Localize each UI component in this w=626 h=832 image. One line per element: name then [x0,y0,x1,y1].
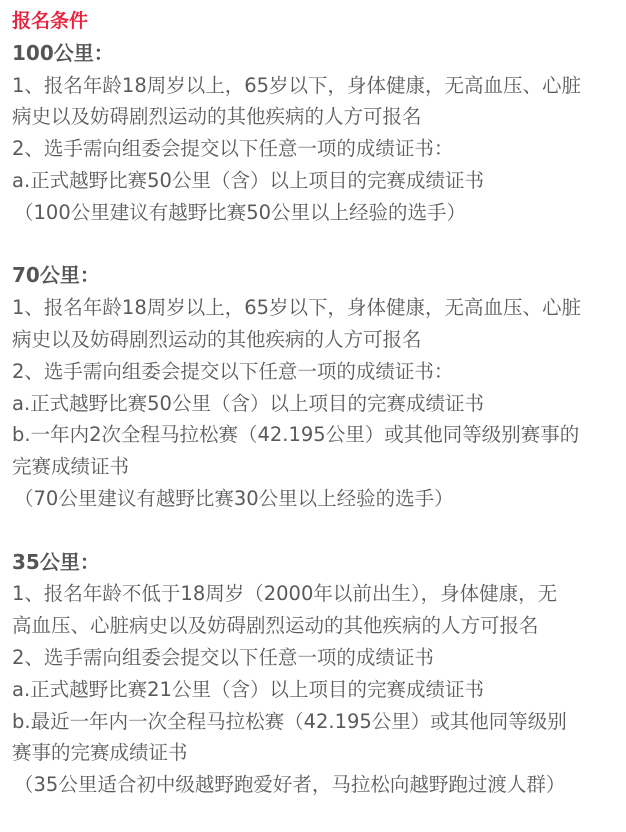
section-heading: 35公里： [12,547,624,579]
requirement-age-line: 1、报名年龄18周岁以上，65岁以下，身体健康，无高血压、心脏 [12,292,624,324]
requirement-option-b-cont: 完赛成绩证书 [12,451,624,483]
requirement-option-a: a.正式越野比赛50公里（含）以上项目的完赛成绩证书 [12,388,624,420]
section-note: （100公里建议有越野比赛50公里以上经验的选手） [12,197,624,229]
requirement-age-line: 1、报名年龄18周岁以上，65岁以下，身体健康，无高血压、心脏 [12,70,624,102]
section-heading: 100公里： [12,38,624,70]
requirement-option-b: b.一年内2次全程马拉松赛（42.195公里）或其他同等级别赛事的 [12,419,624,451]
section-100km: 100公里： 1、报名年龄18周岁以上，65岁以下，身体健康，无高血压、心脏 病… [12,38,624,229]
requirement-certificate-line: 2、选手需向组委会提交以下任意一项的成绩证书： [12,133,624,165]
spacer [12,229,624,261]
section-70km: 70公里： 1、报名年龄18周岁以上，65岁以下，身体健康，无高血压、心脏 病史… [12,260,624,514]
registration-requirements-document: 报名条件 100公里： 1、报名年龄18周岁以上，65岁以下，身体健康，无高血压… [12,6,624,801]
requirement-option-a: a.正式越野比赛21公里（含）以上项目的完赛成绩证书 [12,674,624,706]
section-heading: 70公里： [12,260,624,292]
requirement-certificate-line: 2、选手需向组委会提交以下任意一项的成绩证书： [12,356,624,388]
requirement-age-line-cont: 病史以及妨碍剧烈运动的其他疾病的人方可报名 [12,324,624,356]
requirement-certificate-line: 2、选手需向组委会提交以下任意一项的成绩证书 [12,642,624,674]
requirement-option-a: a.正式越野比赛50公里（含）以上项目的完赛成绩证书 [12,165,624,197]
requirement-age-line: 1、报名年龄不低于18周岁（2000年以前出生），身体健康，无 [12,578,624,610]
section-note: （70公里建议有越野比赛30公里以上经验的选手） [12,483,624,515]
requirement-age-line-cont: 病史以及妨碍剧烈运动的其他疾病的人方可报名 [12,101,624,133]
spacer [12,515,624,547]
section-note: （35公里适合初中级越野跑爱好者，马拉松向越野跑过渡人群） [12,769,624,801]
requirement-option-b: b.最近一年内一次全程马拉松赛（42.195公里）或其他同等级别 [12,706,624,738]
requirement-age-line-cont: 高血压、心脏病史以及妨碍剧烈运动的其他疾病的人方可报名 [12,610,624,642]
section-35km: 35公里： 1、报名年龄不低于18周岁（2000年以前出生），身体健康，无 高血… [12,547,624,801]
page-title: 报名条件 [12,6,624,38]
requirement-option-b-cont: 赛事的完赛成绩证书 [12,737,624,769]
